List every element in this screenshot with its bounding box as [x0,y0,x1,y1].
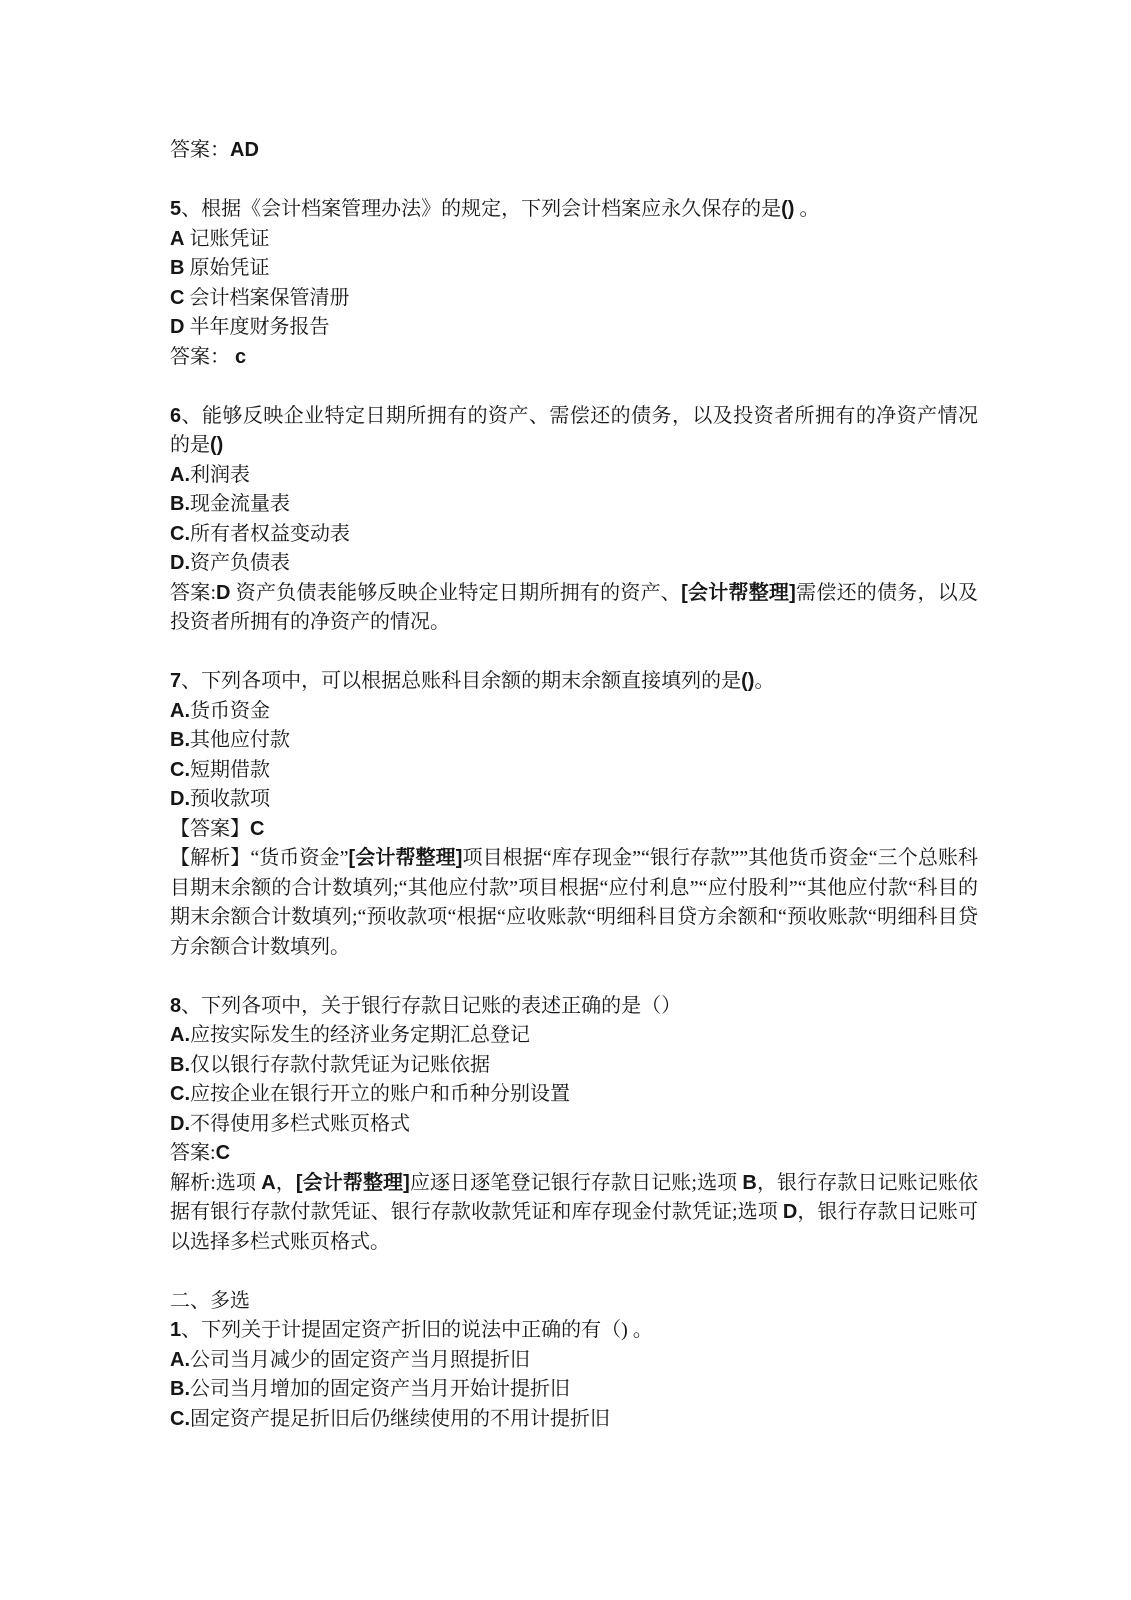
question-5: 5、根据《会计档案管理办法》的规定，下列会计档案应永久保存的是() 。 [170,195,978,225]
option-5-d: D 半年度财务报告 [170,313,978,343]
answer-line-q7: 【答案】C [170,815,978,845]
text-segment: 应逐日逐笔登记银行存款日记账;选项 [410,1172,743,1194]
text-segment: 不得使用多栏式账页格式 [190,1113,410,1135]
analysis-q8: 解析:选项 A，[会计帮整理]应逐日逐笔登记银行存款日记账;选项 B，银行存款日… [170,1169,978,1258]
emphasis-text: C [216,1142,230,1164]
option-7-d: D.预收款项 [170,785,978,815]
emphasis-text: B. [170,729,190,751]
emphasis-text: A [170,228,184,250]
emphasis-text: C. [170,523,190,545]
answer-line-q4: 答案：AD [170,136,978,166]
emphasis-text: () [741,670,754,692]
section-heading-multiple-choice: 二、多选 [170,1287,978,1317]
option-5-b: B 原始凭证 [170,254,978,284]
answer-line-q8: 答案:C [170,1139,978,1169]
option-6-a: A.利润表 [170,461,978,491]
text-segment: 资产负债表能够反映企业特定日期所拥有的资产、 [231,582,682,604]
text-segment: 【解析】“货币资金” [170,847,349,869]
document-page: 答案：AD5、根据《会计档案管理办法》的规定，下列会计档案应永久保存的是() 。… [0,0,1131,1600]
emphasis-text: A. [170,1024,190,1046]
answer-line-q5: 答案： c [170,343,978,373]
text-segment: ， [276,1172,296,1194]
emphasis-text: 8 [170,995,181,1017]
text-segment: 公司当月减少的固定资产当月照提折旧 [190,1349,530,1371]
emphasis-text: () [210,434,223,456]
text-segment: 应按企业在银行开立的账户和币种分别设置 [190,1083,570,1105]
question-m1: 1、下列关于计提固定资产折旧的说法中正确的有（) 。 [170,1316,978,1346]
emphasis-text: B. [170,493,190,515]
option-6-c: C.所有者权益变动表 [170,520,978,550]
text-segment: 、根据《会计档案管理办法》的规定，下列会计档案应永久保存的是 [181,198,781,220]
emphasis-text: 7 [170,670,181,692]
option-7-b: B.其他应付款 [170,726,978,756]
question-6: 6、能够反映企业特定日期所拥有的资产、需偿还的债务，以及投资者所拥有的净资产情况… [170,402,978,461]
document-body: 答案：AD5、根据《会计档案管理办法》的规定，下列会计档案应永久保存的是() 。… [170,136,978,1434]
emphasis-text: D. [170,552,190,574]
option-m1-a: A.公司当月减少的固定资产当月照提折旧 [170,1346,978,1376]
text-segment: 其他应付款 [190,729,290,751]
emphasis-text: D. [170,1113,190,1135]
text-segment: 、下列各项中，关于银行存款日记账的表述正确的是（） [181,995,681,1017]
emphasis-text: C. [170,1083,190,1105]
text-segment: 解析:选项 [170,1172,261,1194]
emphasis-text: A. [170,1349,190,1371]
emphasis-text: A [261,1172,275,1194]
emphasis-text: [会计帮整理] [681,582,796,604]
text-segment: 短期借款 [190,759,270,781]
text-segment: 、下列各项中，可以根据总账科目余额的期末余额直接填列的是 [181,670,741,692]
option-5-c: C 会计档案保管清册 [170,284,978,314]
emphasis-text: [会计帮整理] [349,847,463,869]
emphasis-text: C. [170,759,190,781]
option-8-d: D.不得使用多栏式账页格式 [170,1110,978,1140]
text-segment: 半年度财务报告 [184,316,329,338]
answer-line-q6: 答案:D 资产负债表能够反映企业特定日期所拥有的资产、[会计帮整理]需偿还的债务… [170,579,978,638]
option-6-d: D.资产负债表 [170,549,978,579]
analysis-q7: 【解析】“货币资金”[会计帮整理]项目根据“库存现金”“银行存款””其他货币资金… [170,844,978,962]
text-segment: 原始凭证 [184,257,269,279]
text-segment: 。 [754,670,774,692]
emphasis-text: D [170,316,184,338]
text-segment: 记账凭证 [184,228,269,250]
text-segment: 利润表 [190,464,250,486]
option-6-b: B.现金流量表 [170,490,978,520]
text-segment: 仅以银行存款付款凭证为记账依据 [190,1054,490,1076]
text-segment: 二、多选 [170,1290,250,1312]
text-segment: 会计档案保管清册 [184,287,349,309]
option-5-a: A 记账凭证 [170,225,978,255]
emphasis-text: D. [170,788,190,810]
emphasis-text: A. [170,700,190,722]
emphasis-text: B [170,257,184,279]
emphasis-text: C. [170,1408,190,1430]
text-segment: 应按实际发生的经济业务定期汇总登记 [190,1024,530,1046]
text-segment: 答案： [170,346,235,368]
text-segment: 【答案】 [170,818,250,840]
emphasis-text: [会计帮整理] [296,1172,410,1194]
emphasis-text: 1 [170,1319,181,1341]
text-segment: 所有者权益变动表 [190,523,350,545]
emphasis-text: A. [170,464,190,486]
question-7: 7、下列各项中，可以根据总账科目余额的期末余额直接填列的是()。 [170,667,978,697]
emphasis-text: B. [170,1378,190,1400]
text-segment: 货币资金 [190,700,270,722]
text-segment: 答案： [170,139,230,161]
emphasis-text: B [742,1172,756,1194]
option-m1-c: C.固定资产提足折旧后仍继续使用的不用计提折旧 [170,1405,978,1435]
emphasis-text: () [781,198,794,220]
text-segment: 固定资产提足折旧后仍继续使用的不用计提折旧 [190,1408,610,1430]
question-8: 8、下列各项中，关于银行存款日记账的表述正确的是（） [170,992,978,1022]
text-segment: 、能够反映企业特定日期所拥有的资产、需偿还的债务，以及投资者所拥有的净资产情况的… [170,405,978,457]
emphasis-text: C [250,818,264,840]
emphasis-text: 6 [170,405,181,427]
option-m1-b: B.公司当月增加的固定资产当月开始计提折旧 [170,1375,978,1405]
emphasis-text: AD [230,139,259,161]
emphasis-text: 5 [170,198,181,220]
option-8-b: B.仅以银行存款付款凭证为记账依据 [170,1051,978,1081]
emphasis-text: c [235,346,246,368]
emphasis-text: D [216,582,230,604]
text-segment: 预收款项 [190,788,270,810]
option-8-c: C.应按企业在银行开立的账户和币种分别设置 [170,1080,978,1110]
option-7-c: C.短期借款 [170,756,978,786]
text-segment: 答案: [170,582,216,604]
text-segment: 资产负债表 [190,552,290,574]
text-segment: 。 [794,198,819,220]
text-segment: 现金流量表 [190,493,290,515]
text-segment: 公司当月增加的固定资产当月开始计提折旧 [190,1378,570,1400]
emphasis-text: D [783,1201,797,1223]
emphasis-text: C [170,287,184,309]
emphasis-text: B. [170,1054,190,1076]
text-segment: 答案: [170,1142,216,1164]
text-segment: 、下列关于计提固定资产折旧的说法中正确的有（) 。 [181,1319,653,1341]
option-8-a: A.应按实际发生的经济业务定期汇总登记 [170,1021,978,1051]
option-7-a: A.货币资金 [170,697,978,727]
